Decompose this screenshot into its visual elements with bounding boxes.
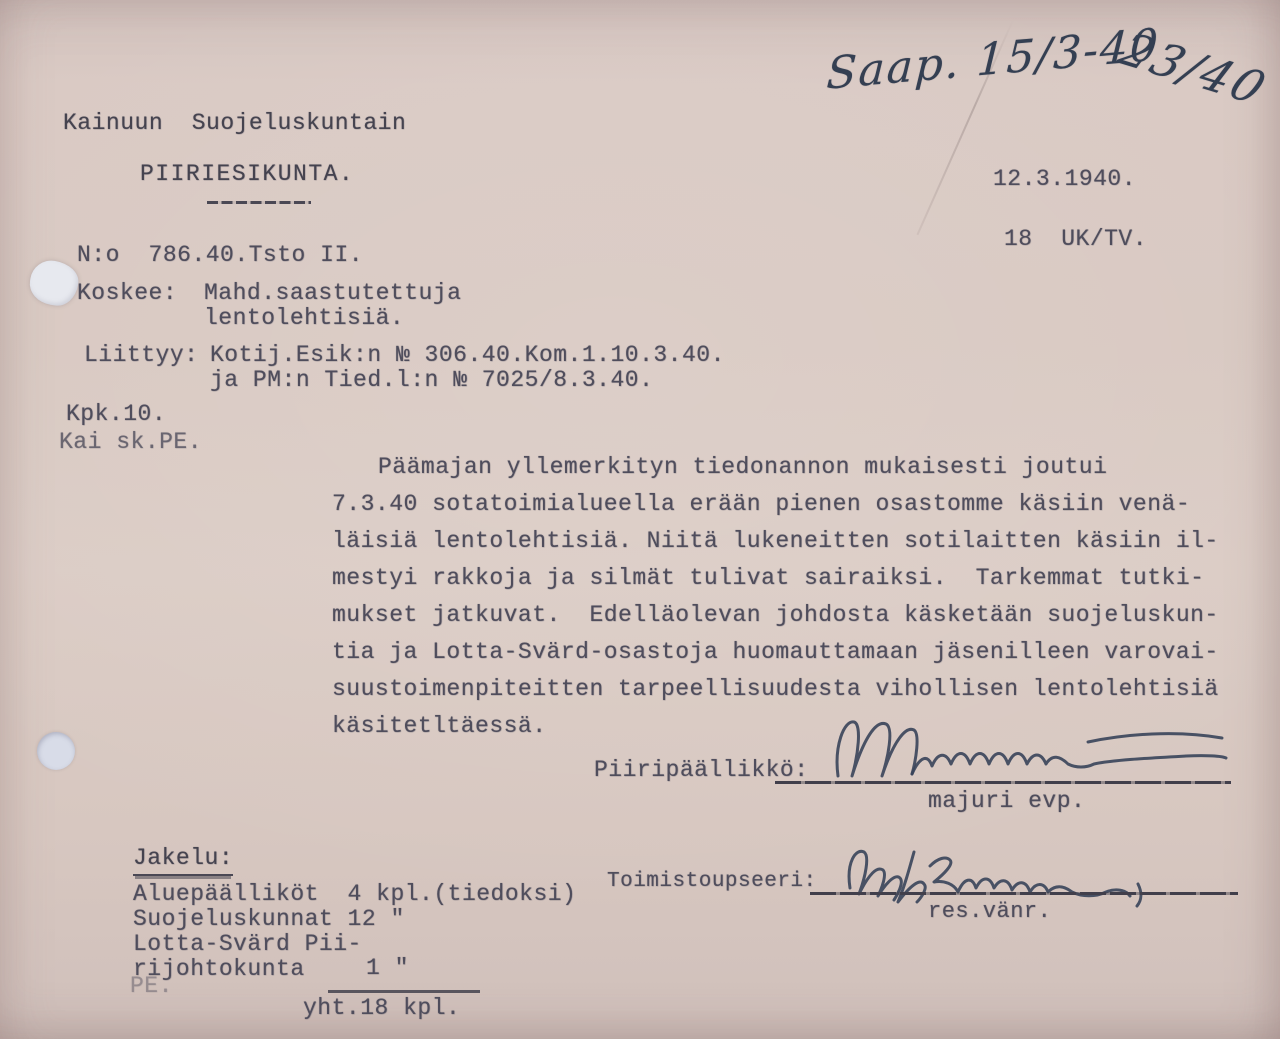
distribution-heading: Jakelu: xyxy=(133,845,233,876)
subject-label: Koskee: xyxy=(77,280,177,306)
body-line: mestyi rakkoja ja silmät tulivat sairaik… xyxy=(332,560,1242,597)
letterhead-divider xyxy=(207,201,311,204)
distribution-total-line xyxy=(328,990,480,993)
officer-signature-line xyxy=(810,892,1238,895)
handwritten-received-note: Saap. 15/3-40 xyxy=(825,19,1161,100)
body-line: Päämajan yllemerkityn tiedonannon mukais… xyxy=(332,449,1242,486)
punch-hole xyxy=(37,732,75,770)
officer-rank: res.vänr. xyxy=(928,899,1051,924)
relates-line2: ja PM:n Tied.l:n № 7025/8.3.40. xyxy=(210,367,653,393)
chief-signature-line xyxy=(775,781,1231,784)
officer-title-label: Toimistoupseeri: xyxy=(607,870,817,893)
relates-label: Liittyy: xyxy=(84,342,198,368)
document-number: N:o 786.40.Tsto II. xyxy=(77,242,363,268)
office-reference: 18 UK/TV. xyxy=(1004,226,1147,252)
torn-paper-patch xyxy=(27,258,81,309)
document-date: 12.3.1940. xyxy=(993,166,1136,192)
body-line: tia ja Lotta-Svärd-osastoja huomauttamaa… xyxy=(332,634,1242,671)
org-name-line1: Kainuun Suojeluskuntain xyxy=(63,110,406,136)
body-line: läisiä lentolehtisiä. Niitä lukeneitten … xyxy=(332,523,1242,560)
kpk-line: Kpk.10. xyxy=(66,401,166,427)
chief-rank: majuri evp. xyxy=(928,788,1085,814)
chief-signature-handwriting xyxy=(830,712,1230,787)
subject-line1: Mahd.saastutettuja xyxy=(204,280,461,306)
subject-line2: lentolehtisiä. xyxy=(204,305,404,331)
officer-signature-handwriting xyxy=(838,840,1168,908)
distribution-pe-note: PE. xyxy=(130,973,173,999)
body-paragraph: Päämajan yllemerkityn tiedonannon mukais… xyxy=(332,449,1242,745)
distribution-line4-count: 1 " xyxy=(366,955,409,981)
relates-line1: Kotij.Esik:n № 306.40.Kom.1.10.3.40. xyxy=(210,342,725,368)
document-page: Saap. 15/3-40 23/40 Kainuun Suojeluskunt… xyxy=(0,0,1280,1039)
distribution-line: Lotta-Svärd Pii- xyxy=(133,931,362,957)
body-line: 7.3.40 sotatoimialueella erään pienen os… xyxy=(332,486,1242,523)
kai-line: Kai sk.PE. xyxy=(59,429,202,455)
body-line: mukset jatkuvat. Edelläolevan johdosta k… xyxy=(332,597,1242,634)
handwritten-file-number: 23/40 xyxy=(1111,23,1277,115)
body-line: suustoimenpiteitten tarpeellisuudesta vi… xyxy=(332,671,1242,708)
distribution-line: Aluepäälliköt 4 kpl.(tiedoksi) xyxy=(133,881,576,907)
distribution-line: Suojeluskunnat 12 " xyxy=(133,906,405,932)
org-name-line2: PIIRIESIKUNTA. xyxy=(140,161,354,187)
distribution-total: yht.18 kpl. xyxy=(303,995,460,1021)
chief-title-label: Piiripäällikkö: xyxy=(594,757,809,783)
